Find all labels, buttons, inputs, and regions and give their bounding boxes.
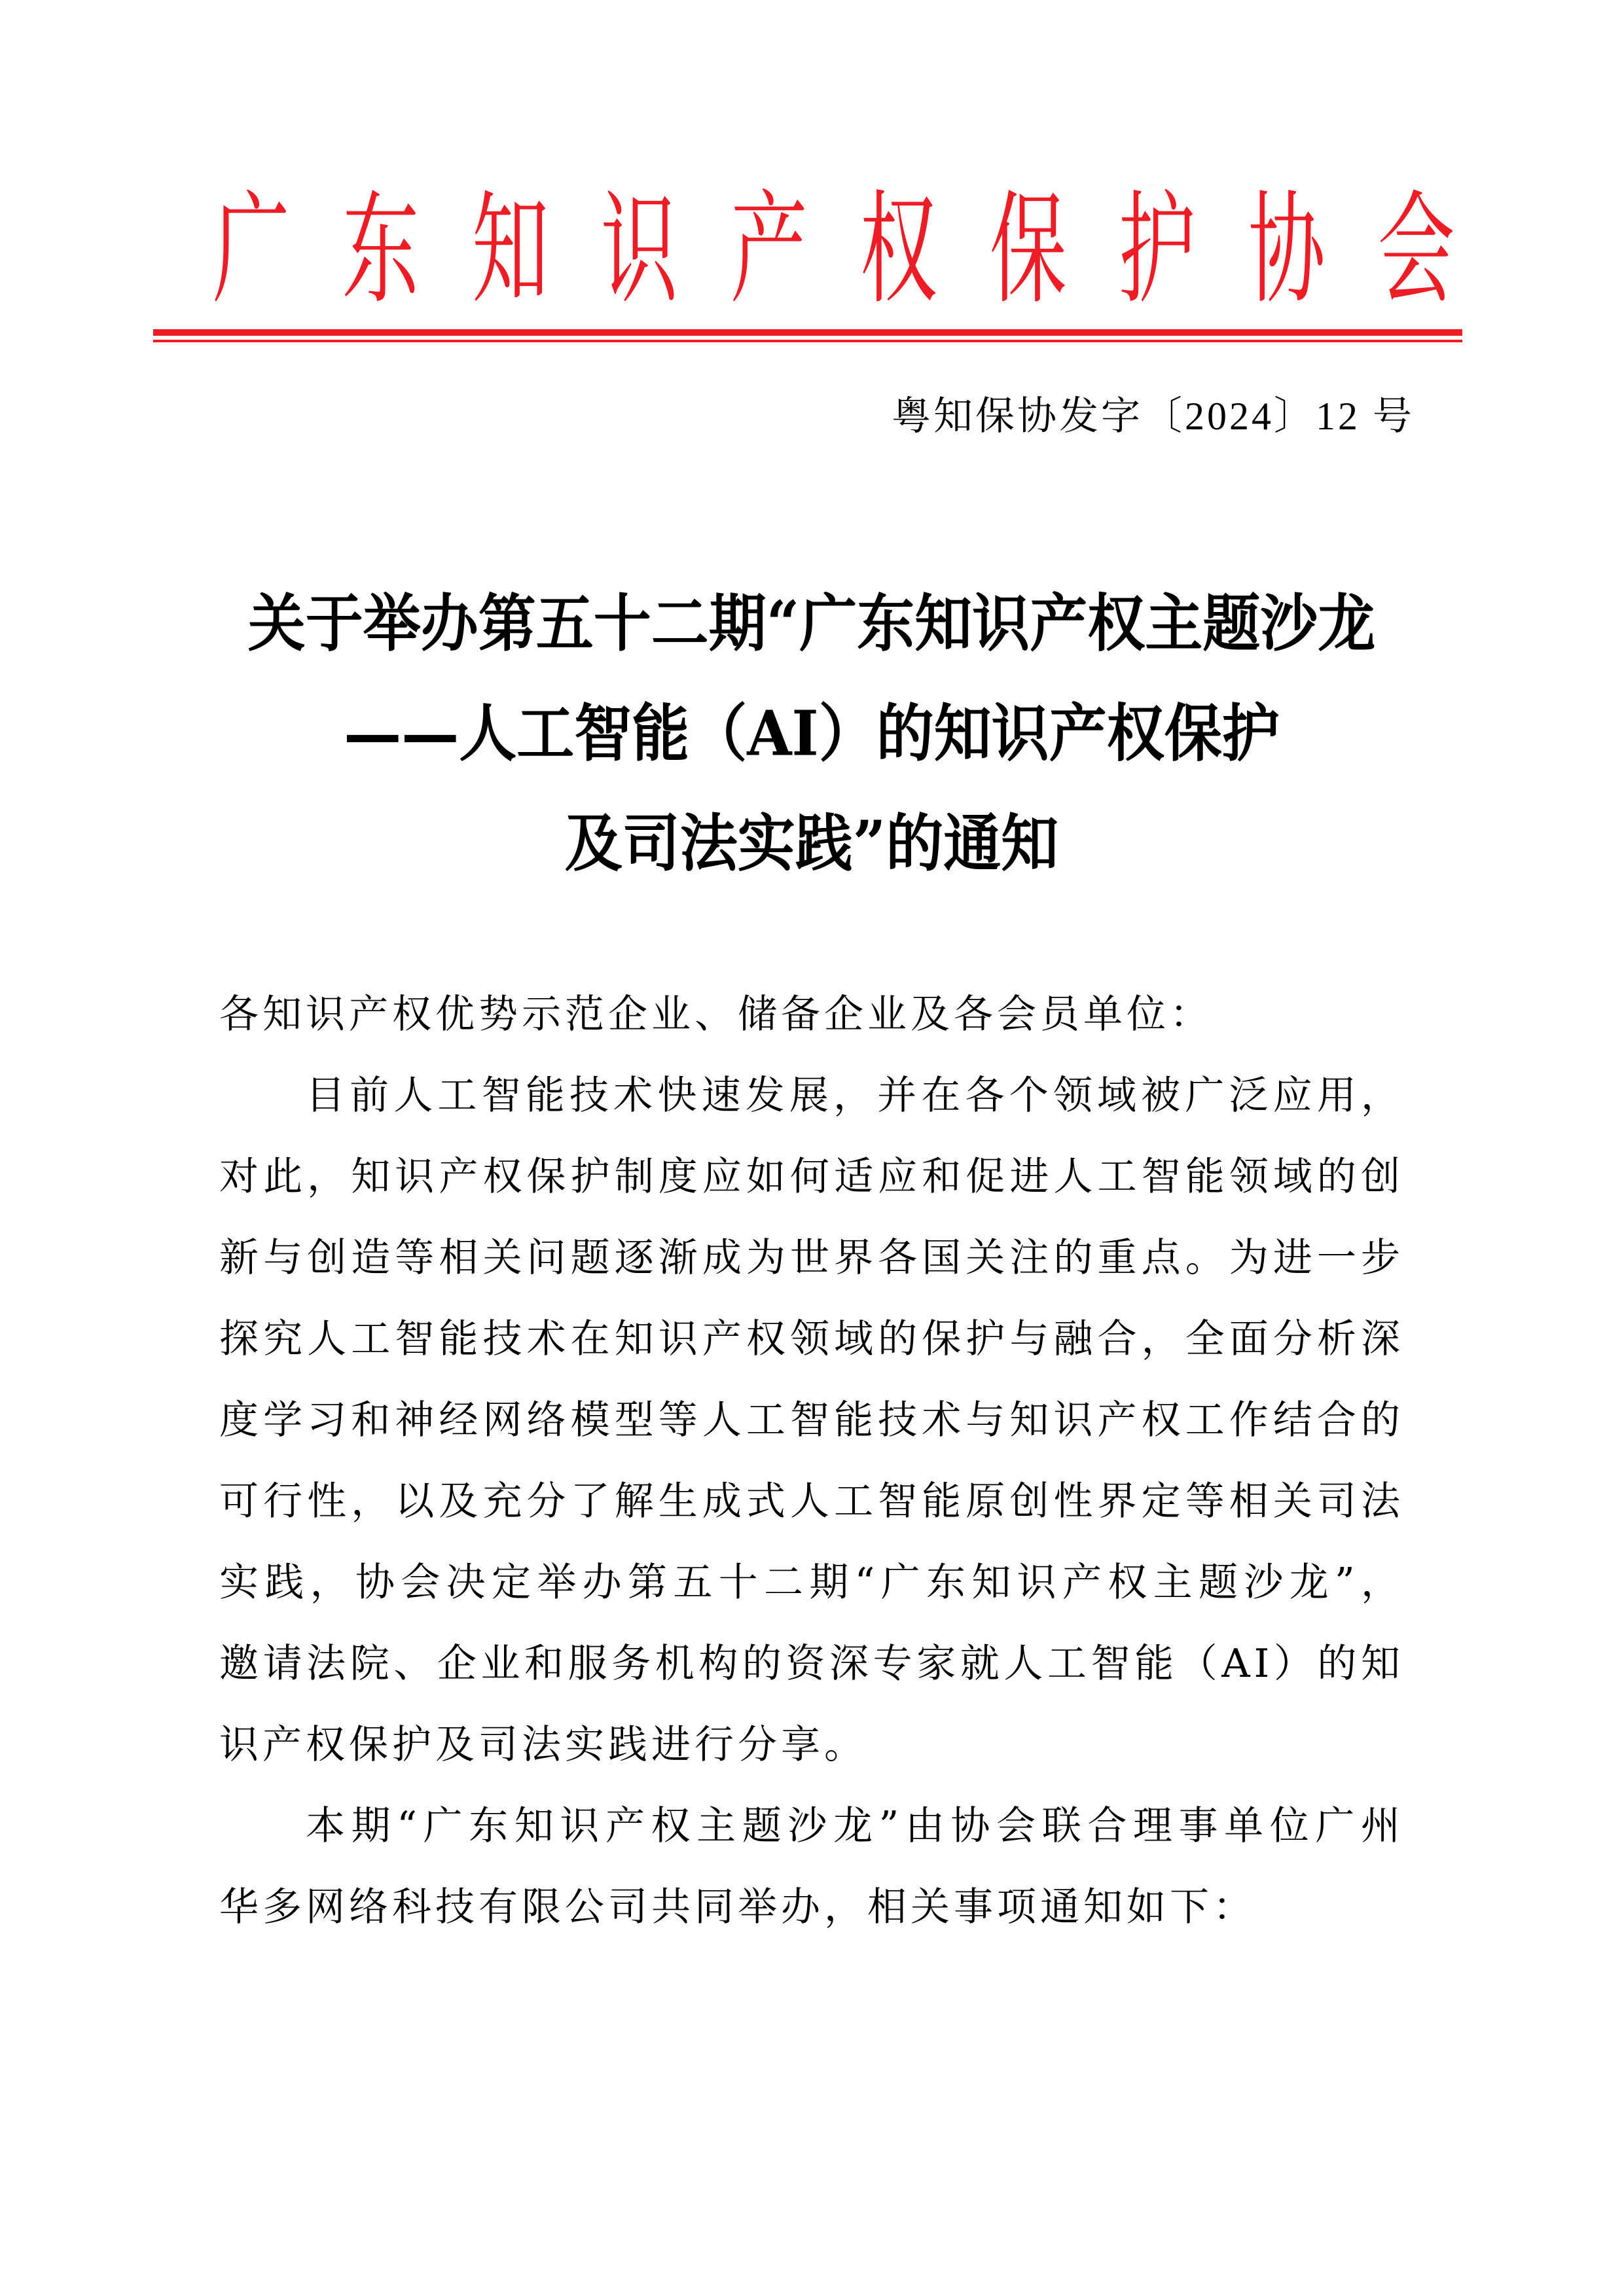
notice-body: 各知识产权优势示范企业、储备企业及各会员单位： 目前人工智能技术快速发展，并在各… bbox=[219, 974, 1404, 1948]
paragraph-organizer: 本期“广东知识产权主题沙龙”由协会联合理事单位广州 华多网络科技有限公司共同举办… bbox=[219, 1785, 1404, 1948]
letterhead-divider-thick bbox=[153, 329, 1462, 336]
title-line: ——人工智能（AI）的知识产权保护 bbox=[196, 673, 1427, 792]
paragraph-line: 新与创造等相关问题逐渐成为世界各国关注的重点。为进一步 bbox=[219, 1217, 1404, 1299]
letterhead-divider-thin bbox=[153, 340, 1462, 342]
salutation: 各知识产权优势示范企业、储备企业及各会员单位： bbox=[219, 974, 1404, 1055]
letterhead-char: 协 bbox=[1248, 190, 1320, 312]
paragraph-line: 目前人工智能技术快速发展，并在各个领域被广泛应用， bbox=[219, 1055, 1404, 1136]
paragraph-line: 识产权保护及司法实践进行分享。 bbox=[219, 1704, 1404, 1785]
letterhead-char: 东 bbox=[342, 190, 414, 312]
letterhead-char: 知 bbox=[471, 190, 543, 312]
title-line: 关于举办第五十二期“广东知识产权主题沙龙 bbox=[196, 564, 1427, 682]
notice-title: 关于举办第五十二期“广东知识产权主题沙龙 ——人工智能（AI）的知识产权保护 及… bbox=[196, 568, 1427, 898]
letterhead-char: 广 bbox=[213, 190, 285, 312]
paragraph-line: 邀请法院、企业和服务机构的资深专家就人工智能（AI）的知 bbox=[219, 1623, 1404, 1704]
letterhead-char: 会 bbox=[1378, 190, 1450, 312]
title-line: 及司法实践”的通知 bbox=[196, 783, 1427, 902]
paragraph-background: 目前人工智能技术快速发展，并在各个领域被广泛应用， 对此，知识产权保护制度应如何… bbox=[219, 1055, 1404, 1785]
paragraph-line: 本期“广东知识产权主题沙龙”由协会联合理事单位广州 bbox=[219, 1785, 1404, 1867]
document-number: 粤知保协发字〔2024〕12 号 bbox=[892, 397, 1415, 436]
letterhead-char: 权 bbox=[860, 190, 932, 312]
paragraph-line: 实践，协会决定举办第五十二期“广东知识产权主题沙龙”， bbox=[219, 1542, 1404, 1623]
paragraph-line: 对此，知识产权保护制度应如何适应和促进人工智能领域的创 bbox=[219, 1136, 1404, 1217]
letterhead-char: 护 bbox=[1119, 190, 1191, 312]
letterhead-char: 识 bbox=[601, 190, 673, 312]
paragraph-line: 度学习和神经网络模型等人工智能技术与知识产权工作结合的 bbox=[219, 1380, 1404, 1461]
paragraph-line: 可行性，以及充分了解生成式人工智能原创性界定等相关司法 bbox=[219, 1461, 1404, 1542]
paragraph-line: 华多网络科技有限公司共同举办，相关事项通知如下： bbox=[219, 1867, 1404, 1948]
letterhead-char: 保 bbox=[989, 190, 1061, 312]
document-page: 广 东 知 识 产 权 保 护 协 会 粤知保协发字〔2024〕12 号 关于举… bbox=[0, 0, 1624, 2296]
letterhead-organization-name: 广 东 知 识 产 权 保 护 协 会 bbox=[209, 187, 1453, 312]
letterhead-char: 产 bbox=[731, 190, 803, 312]
paragraph-line: 探究人工智能技术在知识产权领域的保护与融合，全面分析深 bbox=[219, 1299, 1404, 1380]
